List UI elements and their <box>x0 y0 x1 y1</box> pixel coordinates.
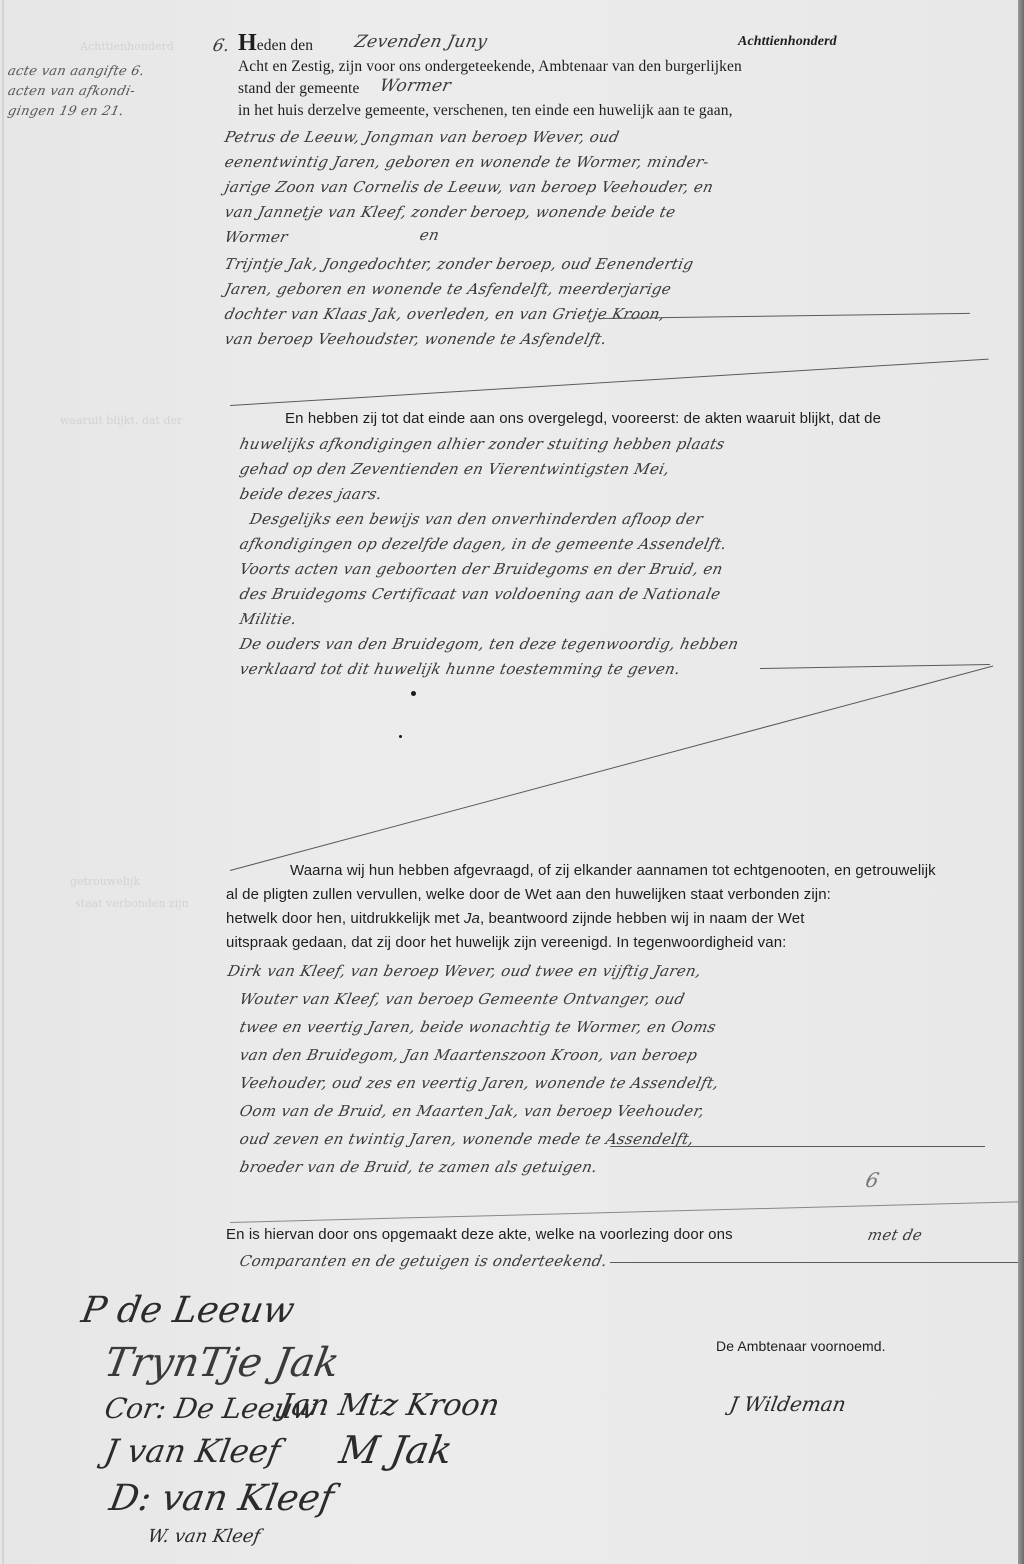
stray-mark: 6 <box>863 1168 881 1192</box>
blank-strike-line <box>230 359 989 406</box>
header-line-2-rest: , zijn voor ons ondergeteekende, Ambtena… <box>331 58 742 75</box>
documents-line: Voorts acten van geboorten der Bruidegom… <box>238 560 724 578</box>
vows-text: , beantwoord zijnde hebben wij in naam d… <box>480 910 805 927</box>
fill-line <box>610 1146 985 1147</box>
bride-line: Trijntje Jak, Jongedochter, zonder beroe… <box>223 255 695 273</box>
header-line-3: stand der gemeente <box>238 80 359 98</box>
signature-witness: W. van Kleef <box>146 1526 262 1547</box>
record-number: 6. <box>211 36 232 56</box>
documents-line: des Bruidegoms Certificaat van voldoenin… <box>238 585 722 603</box>
witness-line: Wouter van Kleef, van beroep Gemeente On… <box>238 990 686 1008</box>
drop-capital: H <box>238 30 257 56</box>
bride-line: van beroep Veehoudster, wonende te Asfen… <box>223 330 608 348</box>
vows-printed-line: al de pligten zullen vervullen, welke do… <box>226 886 831 903</box>
documents-line: afkondigingen op dezelfde dagen, in de g… <box>238 535 728 553</box>
groom-line: eenentwintig Jaren, geboren en wonende t… <box>223 153 711 171</box>
signature-official: J Wildeman <box>728 1392 848 1416</box>
documents-line: gehad op den Zeventienden en Vierentwint… <box>238 460 671 478</box>
witness-line: Dirk van Kleef, van beroep Wever, oud tw… <box>226 962 703 980</box>
documents-line: verklaard tot dit huwelijk hunne toestem… <box>238 660 682 678</box>
vows-text: hetwelk door hen, uitdrukkelijk met <box>226 910 460 927</box>
signature-bride: TrynTje Jak <box>101 1340 343 1386</box>
fill-line <box>760 664 990 669</box>
blank-strike-line <box>230 1201 1020 1223</box>
header-line-1: Heden den <box>238 30 313 57</box>
signature-witness: M Jak <box>336 1428 456 1472</box>
closing-printed: En is hiervan door ons opgemaakt deze ak… <box>226 1226 733 1243</box>
witness-line: Oom van de Bruid, en Maarten Jak, van be… <box>238 1102 706 1120</box>
documents-line: De ouders van den Bruidegom, ten deze te… <box>238 635 740 653</box>
signature-witness: Jan Mtz Kroon <box>277 1388 502 1423</box>
signature-witness: D: van Kleef <box>106 1478 336 1519</box>
page-right-edge <box>1018 0 1024 1564</box>
groom-line: Wormer <box>223 228 289 246</box>
header-lead-text: eden den <box>257 37 313 54</box>
official-label: De Ambtenaar voornoemd. <box>716 1338 886 1354</box>
vows-printed-line: Waarna wij hun hebben afgevraagd, of zij… <box>290 862 936 879</box>
bleed-through-text: getrouwelijk <box>70 875 140 888</box>
witness-line: twee en veertig Jaren, beide wonachtig t… <box>238 1018 718 1036</box>
signature-groom: P de Leeuw <box>78 1290 297 1331</box>
vows-printed-line: uitspraak gedaan, dat zij door het huwel… <box>226 934 786 951</box>
bleed-through-text: Achttienhonderd <box>80 40 174 53</box>
documents-line: Desgelijks een bewijs van den onverhinde… <box>248 510 705 528</box>
page-left-edge <box>2 0 4 1564</box>
groom-line: jarige Zoon van Cornelis de Leeuw, van b… <box>223 178 715 196</box>
margin-note-line: acten van afkondi- <box>6 84 136 99</box>
groom-line: van Jannetje van Kleef, zonder beroep, w… <box>223 203 677 221</box>
groom-line: Petrus de Leeuw, Jongman van beroep Weve… <box>223 128 621 146</box>
margin-note-line: acte van aangifte 6. <box>6 64 146 79</box>
witness-line: Veehouder, oud zes en veertig Jaren, won… <box>238 1074 720 1092</box>
margin-note-line: gingen 19 en 21. <box>6 104 125 119</box>
header-line-4: in het huis derzelve gemeente, verschene… <box>238 102 733 120</box>
connector-en: en <box>418 226 441 244</box>
header-line-2: Acht en Zestig, zijn voor ons ondergetee… <box>238 58 742 76</box>
closing-handwritten-1: met de <box>866 1226 924 1244</box>
date-handwritten: Zevenden Juny <box>353 32 489 52</box>
ink-dot <box>411 691 416 696</box>
register-page: Achttienhonderd waaruit blijkt, dat der … <box>0 0 1018 1564</box>
blank-strike-line <box>230 666 993 871</box>
bride-line: Jaren, geboren en wonende te Asfendelft,… <box>223 280 673 298</box>
witness-line: broeder van de Bruid, te zamen als getui… <box>238 1158 599 1176</box>
bride-line: dochter van Klaas Jak, overleden, en van… <box>223 305 667 323</box>
documents-printed-line: En hebben zij tot dat einde aan ons over… <box>285 410 881 427</box>
year-printed-2: Acht en Zestig <box>238 58 331 75</box>
documents-line: beide dezes jaars. <box>238 485 384 503</box>
bleed-through-text: staat verbonden zijn <box>75 897 189 910</box>
documents-line: huwelijks afkondigingen alhier zonder st… <box>238 435 726 453</box>
witness-line: van den Bruidegom, Jan Maartenszoon Kroo… <box>238 1046 699 1064</box>
vows-ja: Ja <box>464 910 480 927</box>
fill-line <box>610 1262 1020 1263</box>
year-printed: Achttienhonderd <box>738 34 837 50</box>
documents-line: Militie. <box>238 610 298 628</box>
vows-printed-line: hetwelk door hen, uitdrukkelijk met Ja, … <box>226 910 804 927</box>
signature-witness: J van Kleef <box>102 1432 283 1470</box>
bleed-through-text: waaruit blijkt, dat der <box>60 414 182 427</box>
closing-handwritten-2: Comparanten en de getuigen is onderteeke… <box>238 1252 609 1270</box>
municipality-handwritten: Wormer <box>378 76 453 96</box>
ink-dot <box>399 735 402 738</box>
